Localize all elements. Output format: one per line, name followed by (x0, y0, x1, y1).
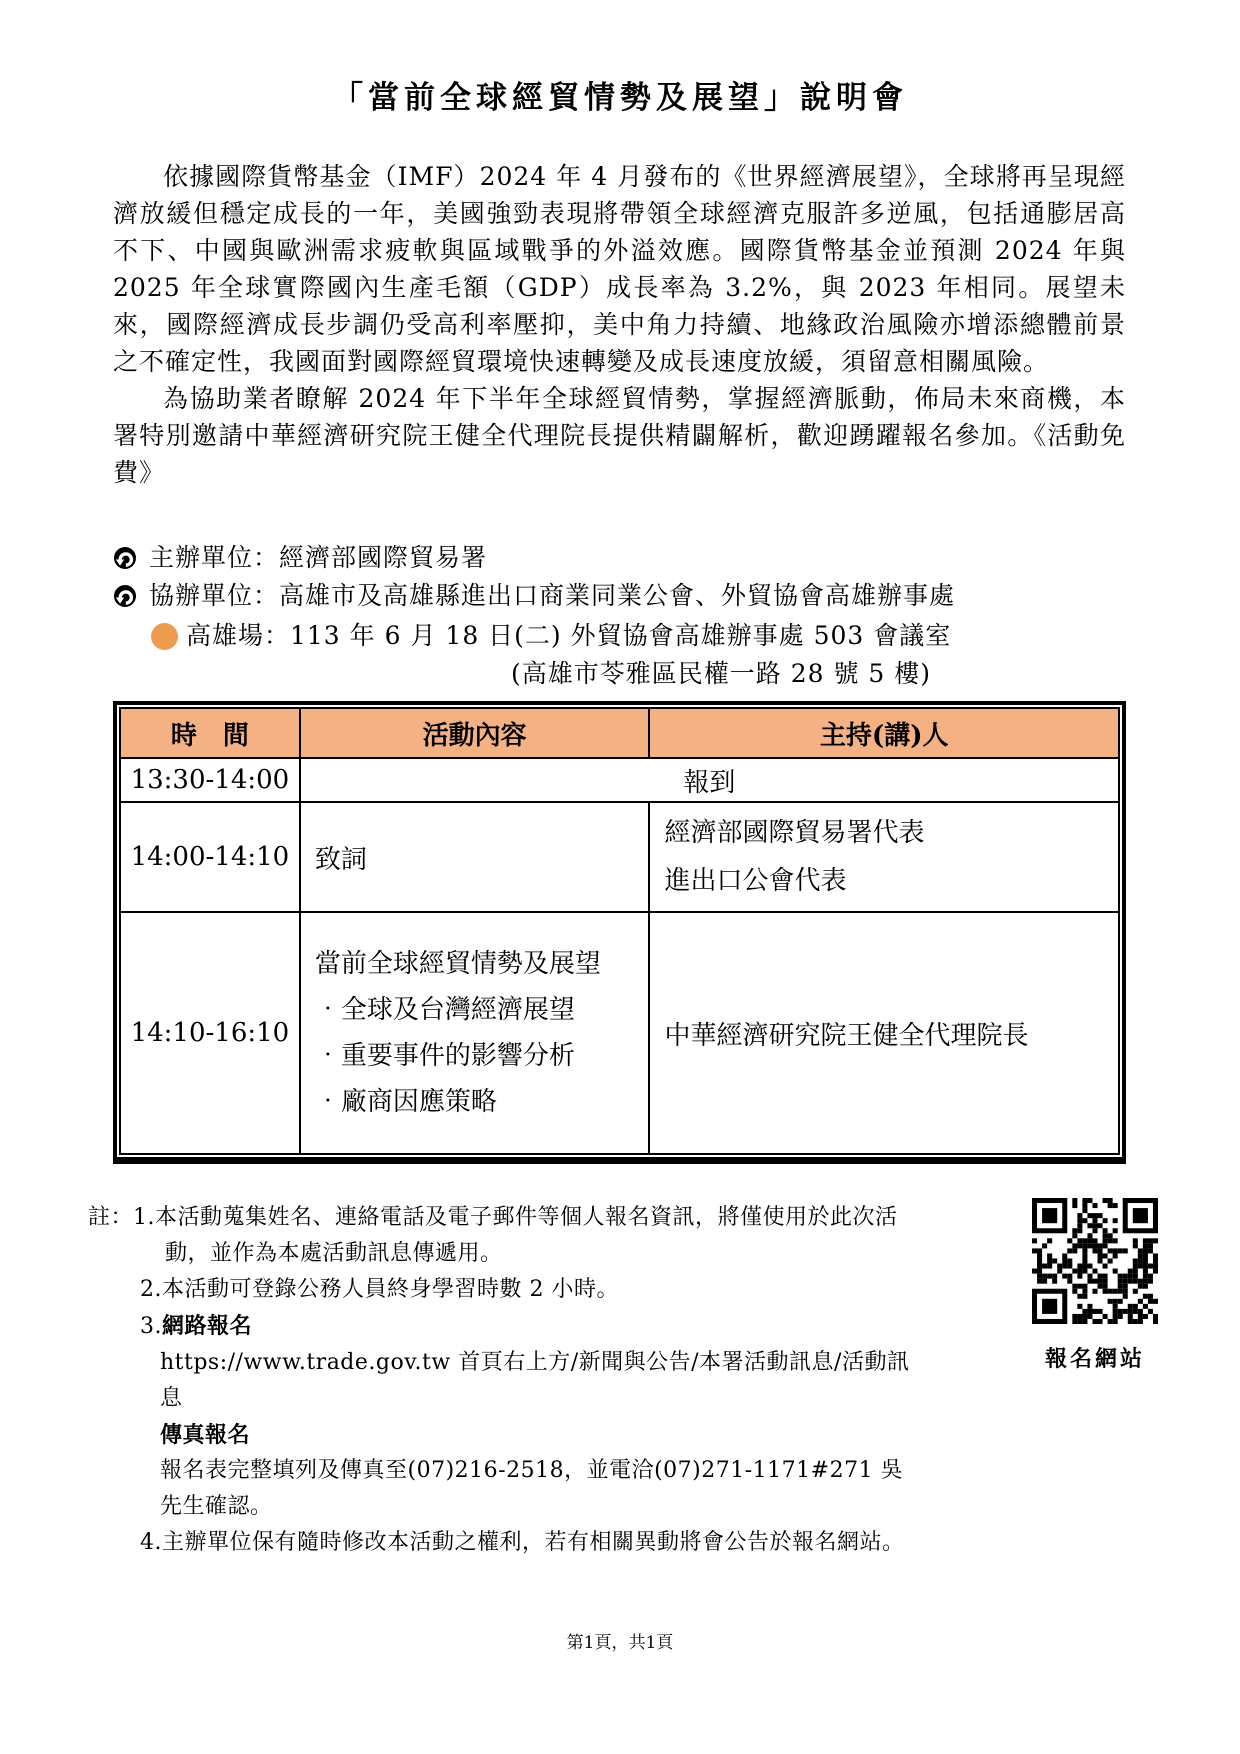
note-item-4: 4.主辦單位保有隨時修改本活動之權利，若有相關異動將會公告於報名網站。 (88, 1525, 920, 1561)
host-row: 主辦單位：經濟部國際貿易署 (113, 539, 1126, 577)
main-talk-speaker: 中華經濟研究院王健全代理院長 (649, 912, 1119, 1154)
welcome-time: 14:00-14:10 (120, 802, 300, 912)
session-row: 高雄場：113 年 6 月 18 日(二) 外貿協會高雄辦事處 503 會議室 (151, 617, 1126, 655)
agenda-row-welcome: 14:00-14:10 致詞 經濟部國際貿易署代表 進出口公會代表 (120, 802, 1119, 912)
main-talk-subtopic-1: ‧全球及台灣經濟展望 (315, 987, 643, 1033)
circular-arrow-bullet-icon (113, 546, 137, 570)
note-item-2: 2.本活動可登錄公務人員終身學習時數 2 小時。 (88, 1272, 920, 1308)
session-address: (高雄市苓雅區民權一路 28 號 5 樓) (113, 655, 1126, 693)
welcome-speaker-2: 進出口公會代表 (664, 857, 1112, 905)
note-3-fax-detail: 報名表完整填列及傳真至(07)216-2518，並電洽(07)271-1171#… (88, 1453, 920, 1525)
main-talk-time: 14:10-16:10 (120, 912, 300, 1154)
checkin-activity: 報到 (300, 758, 1119, 802)
intro-paragraph-1: 依據國際貨幣基金（IMF）2024 年 4 月發布的《世界經濟展望》，全球將再呈… (113, 158, 1126, 380)
welcome-activity: 致詞 (300, 802, 650, 912)
agenda-table-frame: 時 間 活動內容 主持(講)人 13:30-14:00 報到 14:00-14:… (113, 701, 1126, 1164)
note-3-fax-title: 傳真報名 (88, 1417, 920, 1453)
host-label: 主辦單位：經濟部國際貿易署 (149, 539, 487, 577)
circular-arrow-bullet-icon (113, 584, 137, 608)
header-time: 時 間 (120, 708, 300, 758)
note-item-1: 註： 1.本活動蒐集姓名、連絡電話及電子郵件等個人報名資訊，將僅使用於此次活動，… (88, 1200, 920, 1272)
main-talk-activities: 當前全球經貿情勢及展望 ‧全球及台灣經濟展望 ‧重要事件的影響分析 ‧廠商因應策… (300, 912, 650, 1154)
welcome-speaker-1: 經濟部國際貿易署代表 (664, 809, 1112, 857)
registration-url[interactable]: https://www.trade.gov.tw 首頁右上方/新聞與公告/本署活… (88, 1345, 920, 1417)
page-number-footer: 第1頁，共1頁 (0, 1628, 1240, 1653)
checkin-time: 13:30-14:00 (120, 758, 300, 802)
document-page: 「當前全球經貿情勢及展望」說明會 依據國際貨幣基金（IMF）2024 年 4 月… (0, 0, 1240, 1754)
co-host-row: 協辦單位：高雄市及高雄縣進出口商業同業公會、外貿協會高雄辦事處 (113, 577, 1126, 615)
notes-label: 註： (88, 1200, 133, 1272)
header-activity: 活動內容 (300, 708, 650, 758)
qr-code (1032, 1198, 1158, 1324)
main-talk-subtopic-2: ‧重要事件的影響分析 (315, 1033, 643, 1079)
qr-caption: 報名網站 (1022, 1342, 1168, 1373)
note-1-text: 1.本活動蒐集姓名、連絡電話及電子郵件等個人報名資訊，將僅使用於此次活動，並作為… (133, 1200, 920, 1272)
notes-section: 註： 1.本活動蒐集姓名、連絡電話及電子郵件等個人報名資訊，將僅使用於此次活動，… (88, 1200, 920, 1561)
organizer-list: 主辦單位：經濟部國際貿易署 協辦單位：高雄市及高雄縣進出口商業同業公會、外貿協會… (113, 539, 1126, 693)
document-body: 依據國際貨幣基金（IMF）2024 年 4 月發布的《世界經濟展望》，全球將再呈… (113, 158, 1126, 1164)
welcome-speakers: 經濟部國際貿易署代表 進出口公會代表 (649, 802, 1119, 912)
session-label: 高雄場：113 年 6 月 18 日(二) 外貿協會高雄辦事處 503 會議室 (186, 617, 951, 655)
note-3-web-title: 網路報名 (162, 1313, 252, 1339)
agenda-header-row: 時 間 活動內容 主持(講)人 (120, 708, 1119, 758)
main-talk-subtopic-3: ‧廠商因應策略 (315, 1079, 643, 1125)
agenda-table: 時 間 活動內容 主持(講)人 13:30-14:00 報到 14:00-14:… (119, 707, 1120, 1155)
agenda-row-main-talk: 14:10-16:10 當前全球經貿情勢及展望 ‧全球及台灣經濟展望 ‧重要事件… (120, 912, 1119, 1154)
header-speaker: 主持(講)人 (649, 708, 1119, 758)
intro-paragraph-2: 為協助業者瞭解 2024 年下半年全球經貿情勢，掌握經濟脈動，佈局未來商機，本署… (113, 380, 1126, 491)
co-host-label: 協辦單位：高雄市及高雄縣進出口商業同業公會、外貿協會高雄辦事處 (149, 577, 955, 615)
note-item-3: 3.網路報名 (88, 1308, 920, 1345)
agenda-row-checkin: 13:30-14:00 報到 (120, 758, 1119, 802)
orange-dot-icon (151, 623, 178, 650)
page-title: 「當前全球經貿情勢及展望」說明會 (0, 72, 1240, 117)
main-talk-topic: 當前全球經貿情勢及展望 (315, 941, 643, 987)
note-3-number: 3. (140, 1314, 162, 1339)
